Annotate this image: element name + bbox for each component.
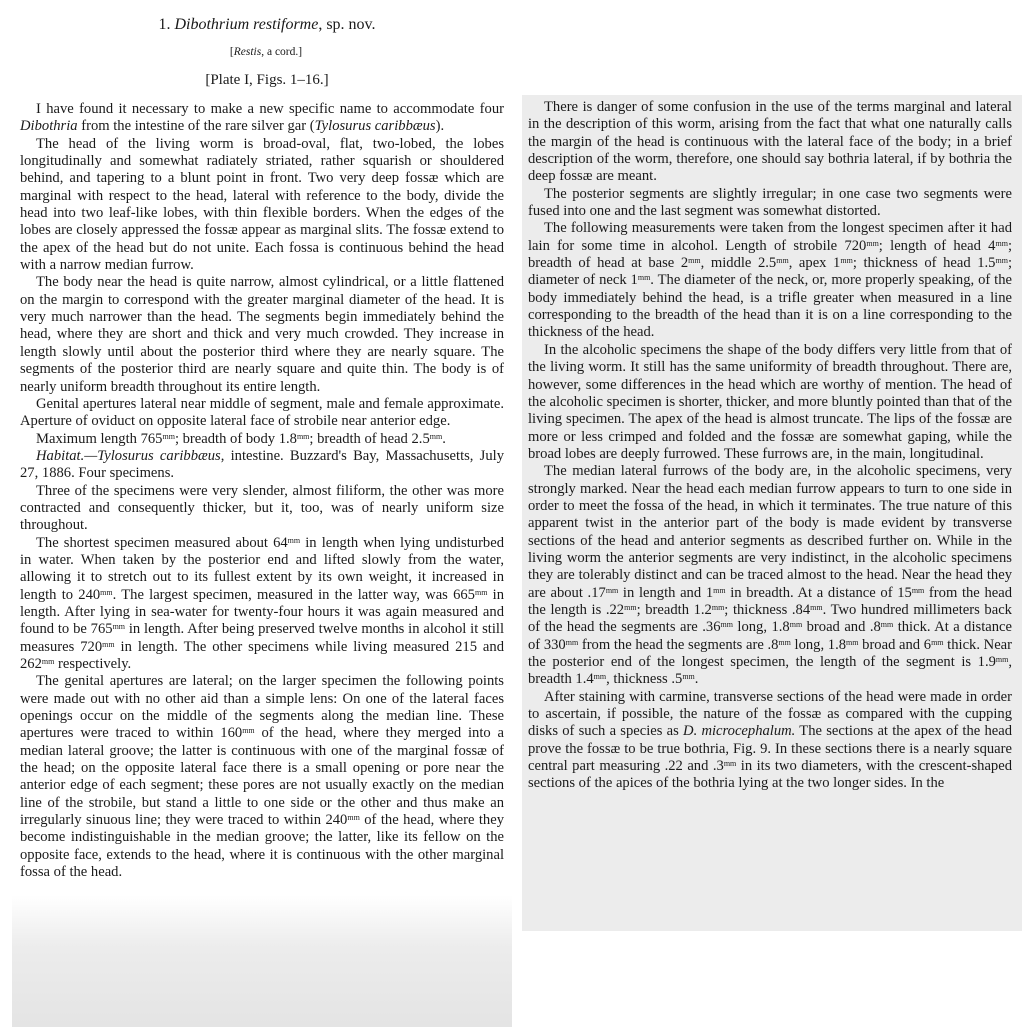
unit-superscript: mm: [288, 536, 300, 545]
unit-superscript: mm: [606, 586, 618, 595]
text-run: long, 1.8: [791, 637, 846, 653]
unit-superscript: mm: [776, 256, 788, 265]
title-number: 1.: [158, 16, 170, 33]
unit-superscript: mm: [42, 657, 54, 666]
title-suffix: , sp. nov.: [318, 16, 375, 33]
text-run: .: [442, 431, 446, 447]
paragraph: Maximum length 765mm; breadth of body 1.…: [20, 431, 504, 448]
paragraph: In the alcoholic specimens the shape of …: [528, 342, 1012, 463]
paragraph: The head of the living worm is broad-ova…: [20, 136, 504, 275]
paragraph: The following measurements were taken fr…: [528, 220, 1012, 341]
italic-text: Tylosurus caribbæus: [315, 118, 436, 134]
paragraph: The shortest specimen measured about 64m…: [20, 535, 504, 674]
paragraph: The median lateral furrows of the body a…: [528, 463, 1012, 688]
text-run: ; breadth of body 1.8: [175, 431, 297, 447]
text-run: , thickness .5: [606, 671, 682, 687]
unit-superscript: mm: [881, 620, 893, 629]
text-run: I have found it necessary to make a new …: [36, 101, 504, 117]
unit-superscript: mm: [931, 638, 943, 647]
unit-superscript: mm: [347, 813, 359, 822]
etymology-meaning: , a cord.: [261, 46, 298, 58]
paragraph: The body near the head is quite narrow, …: [20, 274, 504, 395]
italic-text: Habitat.—Tylosurus caribbæus: [36, 448, 221, 464]
text-run: ).: [436, 118, 445, 134]
text-run: The posterior segments are slightly irre…: [528, 186, 1012, 219]
unit-superscript: mm: [638, 273, 650, 282]
unit-superscript: mm: [713, 586, 725, 595]
unit-superscript: mm: [724, 759, 736, 768]
unit-superscript: mm: [866, 239, 878, 248]
paragraph: After staining with carmine, transverse …: [528, 689, 1012, 793]
unit-superscript: mm: [995, 239, 1007, 248]
unit-superscript: mm: [810, 603, 822, 612]
unit-superscript: mm: [594, 672, 606, 681]
paragraph: Three of the specimens were very slender…: [20, 483, 504, 535]
paragraph: Habitat.—Tylosurus caribbæus, intestine.…: [20, 448, 504, 483]
text-run: . The largest specimen, measured in the …: [113, 587, 475, 603]
text-run: respectively.: [54, 656, 131, 672]
unit-superscript: mm: [995, 256, 1007, 265]
unit-superscript: mm: [624, 603, 636, 612]
paragraph: There is danger of some confusion in the…: [528, 99, 1012, 186]
unit-superscript: mm: [682, 672, 694, 681]
unit-superscript: mm: [430, 432, 442, 441]
etymology-note: [Restis, a cord.]: [20, 44, 504, 60]
unit-superscript: mm: [162, 432, 174, 441]
unit-superscript: mm: [297, 432, 309, 441]
left-body-text: I have found it necessary to make a new …: [20, 101, 504, 881]
species-title: 1. Dibothrium restiforme, sp. nov.: [20, 14, 504, 36]
right-column: There is danger of some confusion in the…: [528, 99, 1012, 793]
text-run: from the intestine of the rare silver ga…: [78, 118, 315, 134]
etymology-word: Restis: [234, 46, 261, 58]
text-run: .: [695, 671, 699, 687]
unit-superscript: mm: [996, 655, 1008, 664]
unit-superscript: mm: [912, 586, 924, 595]
text-run: , apex 1: [789, 255, 841, 271]
text-run: long, 1.8: [733, 619, 790, 635]
text-run: in breadth. At a distance of 15: [726, 585, 912, 601]
text-run: in length and 1: [618, 585, 713, 601]
text-run: Maximum length 765: [36, 431, 162, 447]
title-species-name: Dibothrium restiforme: [174, 16, 318, 33]
text-run: In the alcoholic specimens the shape of …: [528, 342, 1012, 462]
plate-reference: [Plate I, Figs. 1–16.]: [20, 70, 504, 90]
text-run: from the head the segments are .8: [578, 637, 778, 653]
unit-superscript: mm: [840, 256, 852, 265]
text-run: ; thickness .84: [724, 602, 810, 618]
text-run: There is danger of some confusion in the…: [528, 99, 1012, 184]
italic-text: D. microcephalum.: [683, 723, 795, 739]
text-run: Three of the specimens were very slender…: [20, 483, 504, 534]
unit-superscript: mm: [100, 588, 112, 597]
italic-text: Dibothria: [20, 118, 78, 134]
text-run: The median lateral furrows of the body a…: [528, 463, 1012, 600]
section-header: 1. Dibothrium restiforme, sp. nov. [Rest…: [20, 14, 504, 90]
text-run: Genital apertures lateral near middle of…: [20, 396, 504, 429]
unit-superscript: mm: [102, 640, 114, 649]
unit-superscript: mm: [475, 588, 487, 597]
text-run: The head of the living worm is broad-ova…: [20, 136, 504, 273]
unit-superscript: mm: [712, 603, 724, 612]
left-column: 1. Dibothrium restiforme, sp. nov. [Rest…: [20, 0, 504, 1027]
unit-superscript: mm: [566, 638, 578, 647]
unit-superscript: mm: [688, 256, 700, 265]
text-run: , middle 2.5: [701, 255, 777, 271]
paragraph: I have found it necessary to make a new …: [20, 101, 504, 136]
paragraph: Genital apertures lateral near middle of…: [20, 396, 504, 431]
unit-superscript: mm: [721, 620, 733, 629]
text-run: The body near the head is quite narrow, …: [20, 274, 504, 394]
unit-superscript: mm: [113, 622, 125, 631]
paragraph: The posterior segments are slightly irre…: [528, 186, 1012, 221]
unit-superscript: mm: [242, 726, 254, 735]
unit-superscript: mm: [846, 638, 858, 647]
text-run: ; breadth of head 2.5: [309, 431, 429, 447]
text-run: broad and .8: [802, 619, 881, 635]
text-run: ; thickness of head 1.5: [853, 255, 996, 271]
unit-superscript: mm: [778, 638, 790, 647]
text-run: The shortest specimen measured about 64: [36, 535, 288, 551]
text-run: ; breadth 1.2: [637, 602, 712, 618]
unit-superscript: mm: [790, 620, 802, 629]
paragraph: The genital apertures are lateral; on th…: [20, 673, 504, 881]
text-run: broad and 6: [858, 637, 931, 653]
text-run: ; length of head 4: [879, 238, 996, 254]
